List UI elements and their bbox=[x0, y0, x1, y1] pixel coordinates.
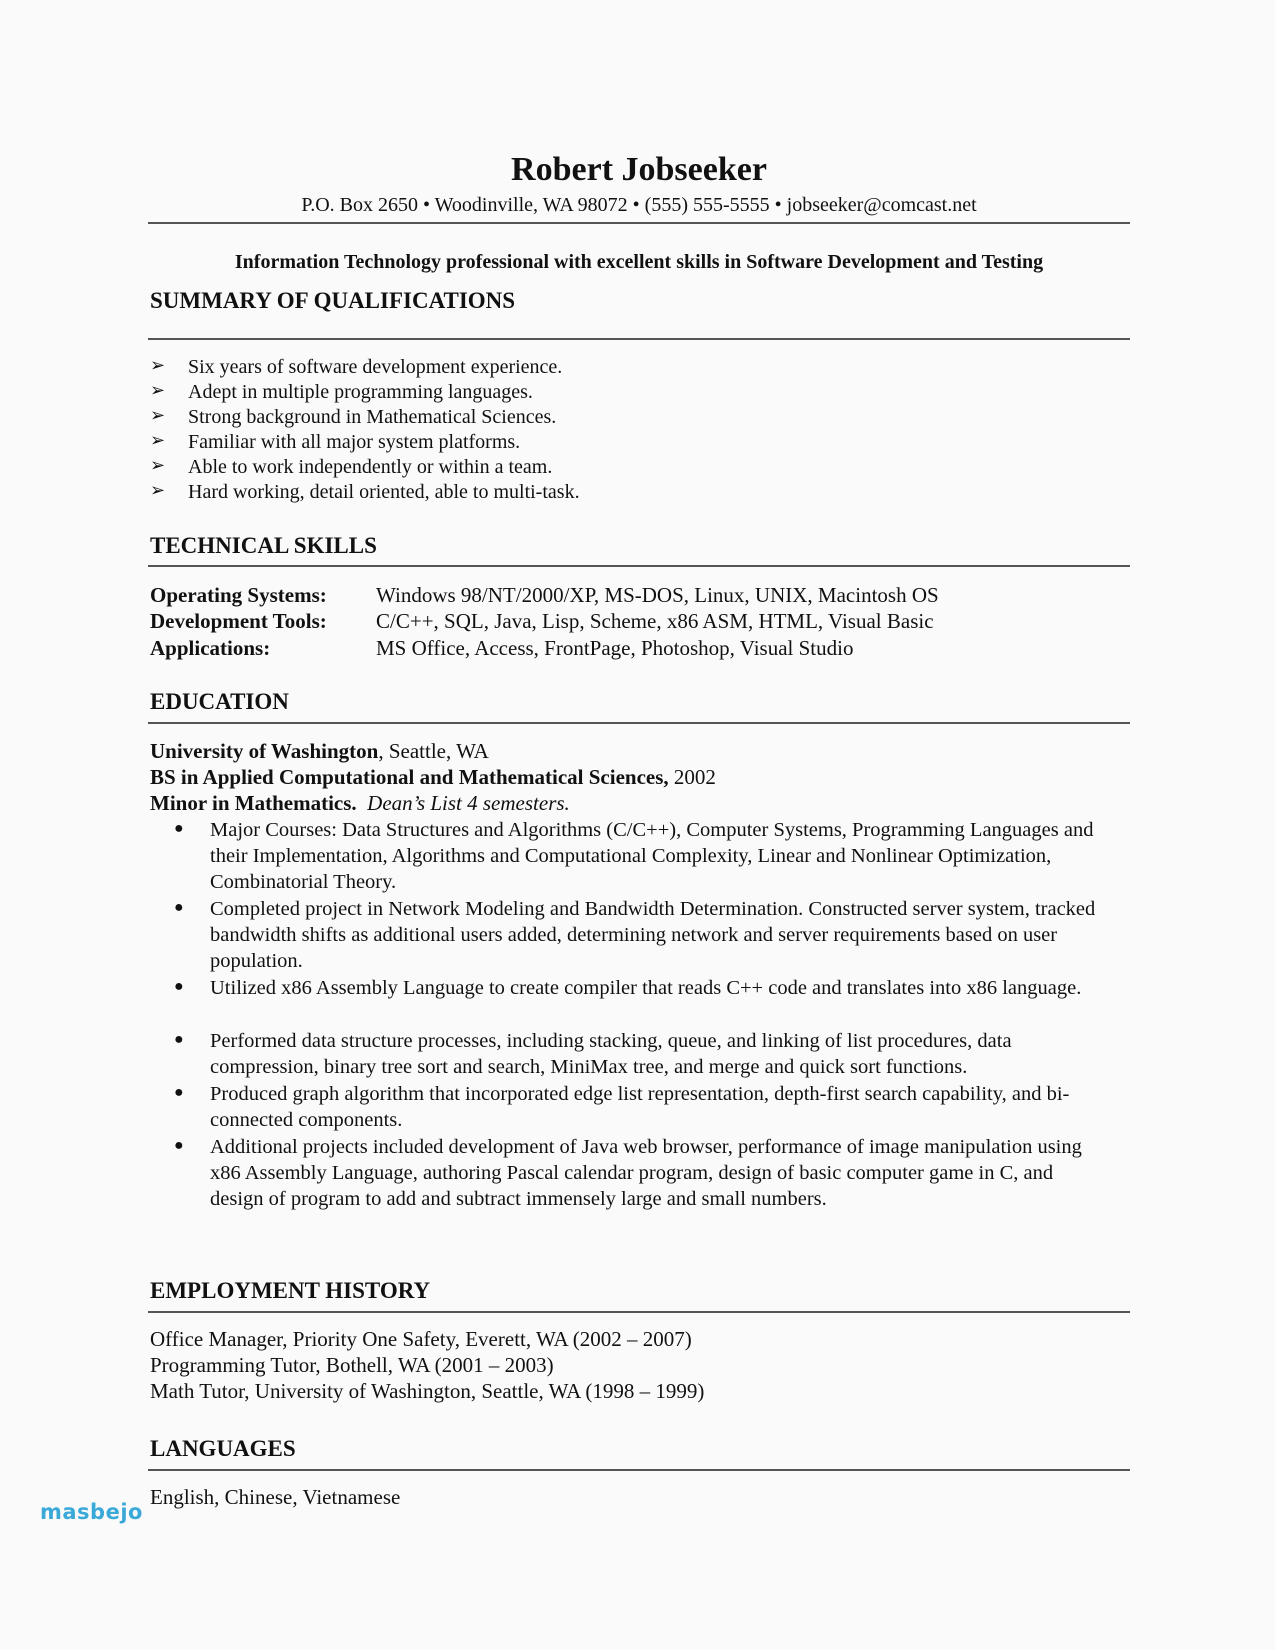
school-line: University of Washington, Seattle, WA bbox=[150, 739, 489, 763]
arrow-bullet-icon: ➢ bbox=[150, 430, 165, 451]
bullet-icon: ● bbox=[174, 820, 184, 838]
skill-label: Development Tools: bbox=[150, 608, 327, 634]
arrow-bullet-icon: ➢ bbox=[150, 455, 165, 476]
arrow-bullet-icon: ➢ bbox=[150, 480, 165, 501]
education-bullet: Additional projects included development… bbox=[210, 1134, 1110, 1212]
section-divider-education bbox=[148, 722, 1130, 724]
arrow-bullet-icon: ➢ bbox=[150, 380, 165, 401]
bullet-icon: ● bbox=[174, 978, 184, 996]
degree-line: BS in Applied Computational and Mathemat… bbox=[150, 765, 716, 789]
section-divider-languages bbox=[148, 1469, 1130, 1471]
watermark-logo: masbejo bbox=[40, 1500, 143, 1524]
section-title-education: EDUCATION bbox=[150, 688, 289, 716]
summary-item: Strong background in Mathematical Scienc… bbox=[188, 405, 556, 429]
section-divider-skills bbox=[148, 565, 1130, 567]
section-title-summary: SUMMARY OF QUALIFICATIONS bbox=[150, 287, 515, 315]
skill-value: C/C++, SQL, Java, Lisp, Scheme, x86 ASM,… bbox=[376, 608, 934, 634]
bullet-icon: ● bbox=[174, 1031, 184, 1049]
section-title-skills: TECHNICAL SKILLS bbox=[150, 532, 377, 560]
skill-value: Windows 98/NT/2000/XP, MS-DOS, Linux, UN… bbox=[376, 582, 939, 608]
education-bullet: Utilized x86 Assembly Language to create… bbox=[210, 975, 1110, 1001]
section-divider-employment bbox=[148, 1311, 1130, 1313]
employment-item: Programming Tutor, Bothell, WA (2001 – 2… bbox=[150, 1353, 554, 1377]
professional-tagline: Information Technology professional with… bbox=[148, 250, 1130, 274]
employment-item: Math Tutor, University of Washington, Se… bbox=[150, 1379, 704, 1403]
arrow-bullet-icon: ➢ bbox=[150, 405, 165, 426]
header-divider bbox=[148, 222, 1130, 224]
minor: Minor in Mathematics. bbox=[150, 791, 357, 815]
section-divider-summary bbox=[148, 338, 1130, 340]
bullet-icon: ● bbox=[174, 1084, 184, 1102]
contact-info: P.O. Box 2650 • Woodinville, WA 98072 • … bbox=[148, 193, 1130, 217]
section-title-languages: LANGUAGES bbox=[150, 1435, 296, 1463]
section-title-employment: EMPLOYMENT HISTORY bbox=[150, 1277, 430, 1305]
summary-item: Familiar with all major system platforms… bbox=[188, 430, 520, 454]
summary-item: Adept in multiple programming languages. bbox=[188, 380, 533, 404]
education-bullet: Produced graph algorithm that incorporat… bbox=[210, 1081, 1110, 1133]
employment-item: Office Manager, Priority One Safety, Eve… bbox=[150, 1327, 692, 1351]
school-name: University of Washington bbox=[150, 739, 378, 763]
honors: Dean’s List 4 semesters. bbox=[367, 791, 570, 815]
skill-label: Applications: bbox=[150, 635, 270, 661]
summary-item: Able to work independently or within a t… bbox=[188, 455, 552, 479]
summary-item: Six years of software development experi… bbox=[188, 355, 562, 379]
languages-value: English, Chinese, Vietnamese bbox=[150, 1485, 400, 1509]
education-bullet: Performed data structure processes, incl… bbox=[210, 1028, 1110, 1080]
minor-line: Minor in Mathematics. Dean’s List 4 seme… bbox=[150, 791, 570, 815]
education-bullet: Major Courses: Data Structures and Algor… bbox=[210, 817, 1110, 895]
degree-year: 2002 bbox=[669, 765, 716, 789]
summary-item: Hard working, detail oriented, able to m… bbox=[188, 480, 580, 504]
candidate-name: Robert Jobseeker bbox=[148, 150, 1130, 190]
education-bullet: Completed project in Network Modeling an… bbox=[210, 896, 1110, 974]
skill-label: Operating Systems: bbox=[150, 582, 327, 608]
bullet-icon: ● bbox=[174, 899, 184, 917]
bullet-icon: ● bbox=[174, 1137, 184, 1155]
skill-value: MS Office, Access, FrontPage, Photoshop,… bbox=[376, 635, 853, 661]
school-location: , Seattle, WA bbox=[378, 739, 488, 763]
degree-name: BS in Applied Computational and Mathemat… bbox=[150, 765, 669, 789]
arrow-bullet-icon: ➢ bbox=[150, 355, 165, 376]
